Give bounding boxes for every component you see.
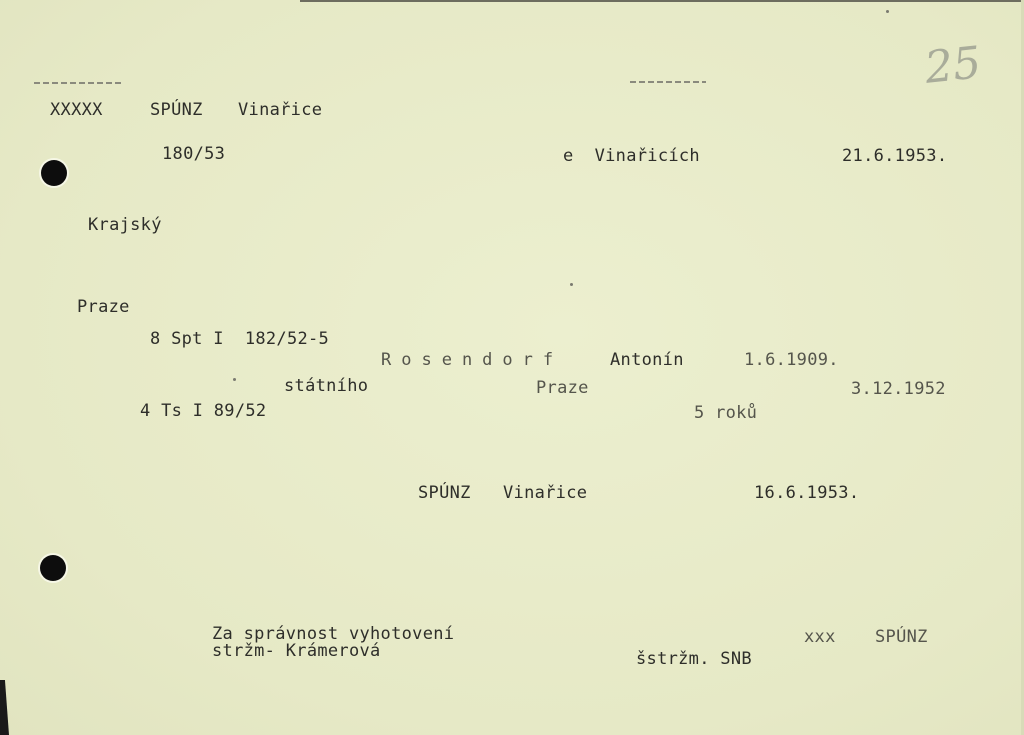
faint-rule-left <box>34 82 122 84</box>
signatory-crossed: xxx <box>804 627 836 647</box>
speck <box>570 283 573 286</box>
addressee-line2: Praze <box>77 297 130 317</box>
sender-crossed: XXXXX <box>50 100 103 120</box>
page-top-edge <box>300 0 1024 2</box>
transfer-org: SPÚNZ <box>418 483 471 503</box>
certifier: stržm- Krámerová <box>212 641 381 661</box>
speck <box>233 378 236 381</box>
reference-number: 180/53 <box>162 144 225 164</box>
birth-date: 1.6.1909. <box>744 350 839 370</box>
punch-hole-bottom <box>40 555 66 581</box>
document-page: 25 XXXXX SPÚNZ Vinařice 180/53 e Vinařic… <box>0 0 1024 735</box>
first-name: Antonín <box>610 350 684 370</box>
transfer-date: 16.6.1953. <box>754 483 859 503</box>
transfer-place: Vinařice <box>503 483 587 503</box>
sender-place: Vinařice <box>238 100 322 120</box>
place-line: e Vinařicích <box>563 146 700 166</box>
speck <box>886 10 889 13</box>
sentence: 5 roků <box>694 403 757 423</box>
case-number: 4 Ts I 89/52 <box>140 401 266 421</box>
surname-spaced: Rosendorf <box>381 350 563 370</box>
file-reference: 8 Spt I 182/52-5 <box>150 329 329 349</box>
punch-hole-top <box>41 160 67 186</box>
court-place: Praze <box>536 378 589 398</box>
page-left-edge <box>0 680 9 735</box>
handwritten-page-number: 25 <box>922 37 983 94</box>
faint-rule-right <box>630 81 706 83</box>
signatory-rank: šstržm. SNB <box>636 649 752 669</box>
sender-org: SPÚNZ <box>150 100 203 120</box>
court-word: státního <box>284 376 368 396</box>
document-date: 21.6.1953. <box>842 146 947 166</box>
judgment-date: 3.12.1952 <box>851 379 946 399</box>
signatory-org: SPÚNZ <box>875 627 928 647</box>
addressee-line1: Krajský <box>88 215 162 235</box>
